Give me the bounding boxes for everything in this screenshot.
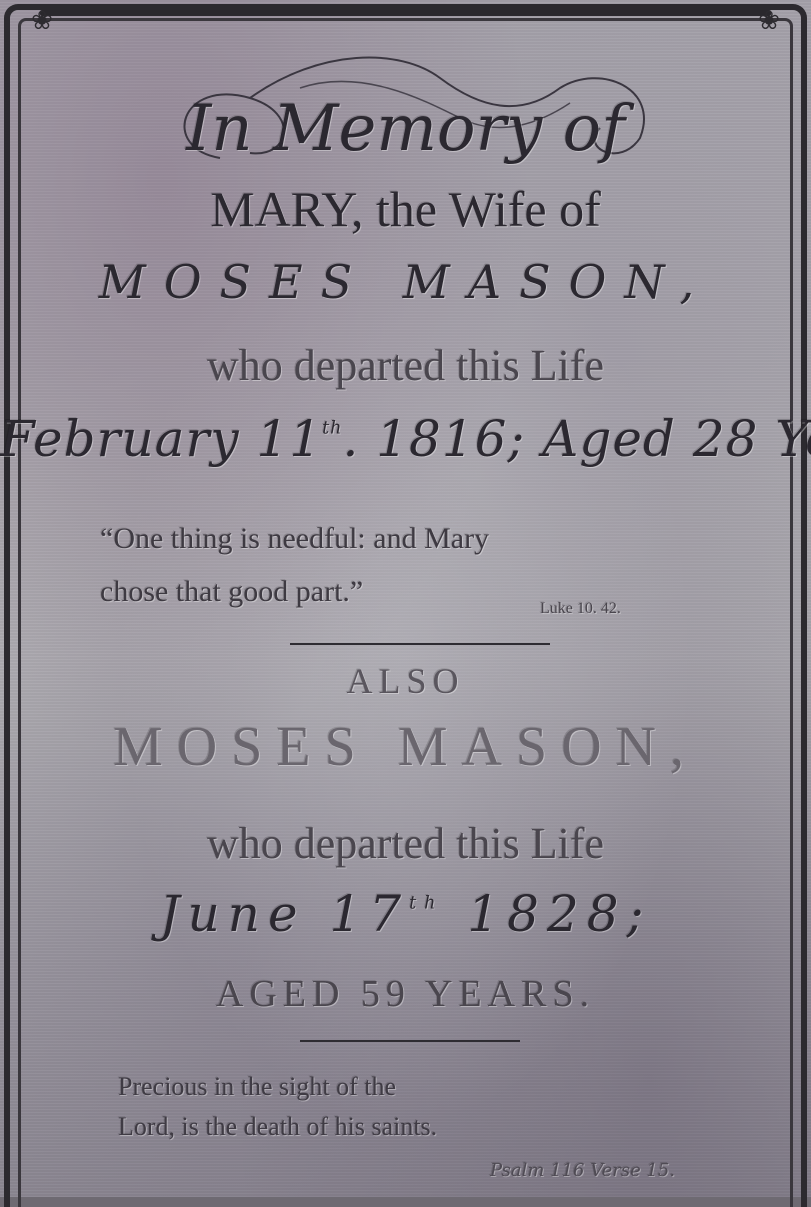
quote-line-1: “One thing is needful: and Mary [100, 522, 720, 556]
psalm-line-2: Lord, is the death of his saints. [118, 1112, 678, 1142]
divider-rule [300, 1040, 520, 1042]
date-1-month-day: February 11 [0, 410, 322, 468]
psalm-line-1: Precious in the sight of the [118, 1072, 618, 1102]
corner-ornament-icon: ❀ [22, 6, 62, 36]
date-1-year-age: . 1816; Aged 28 Years. [342, 410, 811, 468]
also-label: ALSO [0, 660, 811, 702]
date-2-ordinal: th [409, 893, 443, 913]
departed-line-1: who departed this Life [0, 340, 811, 391]
second-name-line: MOSES MASON, [0, 715, 811, 779]
stone-top-molding [40, 10, 771, 16]
date-2-month-day: June 17 [160, 885, 410, 943]
psalm-reference: Psalm 116 Verse 15. [490, 1160, 770, 1181]
date-2-year: 1828; [443, 885, 651, 943]
date-line-2: June 17th 1828; [0, 885, 811, 943]
departed-line-2: who departed this Life [0, 818, 811, 869]
corner-ornament-icon: ❀ [749, 6, 789, 36]
date-1-ordinal: th [322, 418, 342, 438]
husband-name-line: MOSES MASON, [0, 255, 811, 309]
inscription-heading: In Memory of [0, 92, 811, 166]
quote-line-2: chose that good part.” [100, 575, 540, 609]
gravestone-surface: ❀ ❀ In Memory of MARY, the Wife of MOSES… [0, 0, 811, 1197]
aged-line-2: AGED 59 YEARS. [0, 972, 811, 1016]
first-name-line: MARY, the Wife of [0, 180, 811, 238]
divider-rule [290, 643, 550, 645]
quote-reference: Luke 10. 42. [540, 600, 720, 618]
date-line-1: February 11th. 1816; Aged 28 Years. [0, 410, 811, 468]
